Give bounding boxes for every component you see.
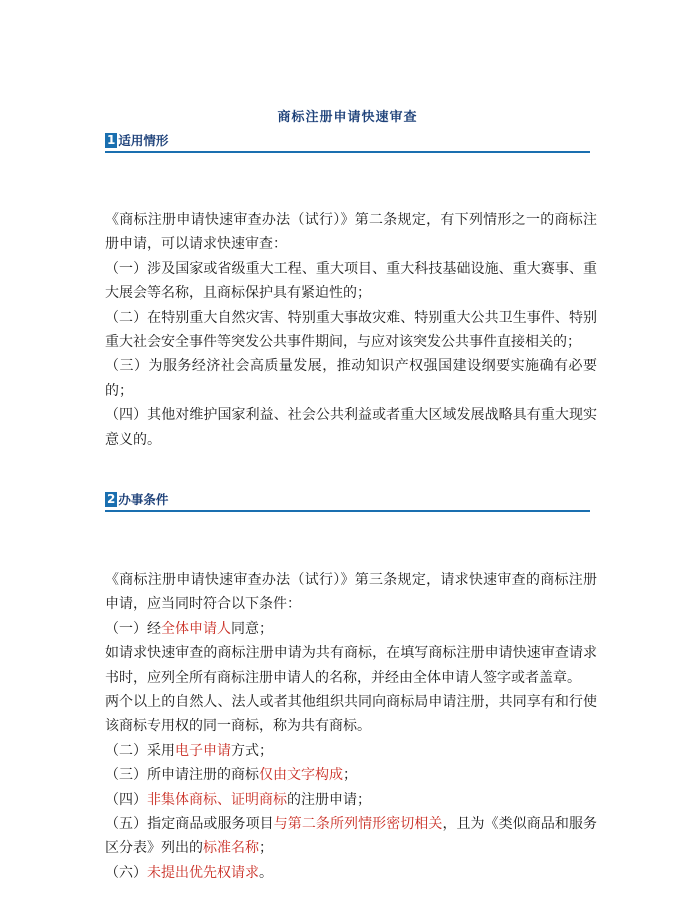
section-number-badge: 1 — [105, 133, 117, 148]
paragraph: 如请求快速审查的商标注册申请为共有商标，在填写商标注册申请快速审查请求书时，应列… — [105, 641, 597, 690]
section-heading-label: 办事条件 — [118, 492, 168, 507]
paragraph: （六）未提出优先权请求。 — [105, 861, 597, 885]
text: （二）采用 — [105, 743, 175, 759]
section-body-applicable-situations: 《商标注册申请快速审查办法（试行）》第二条规定，有下列情形之一的商标注册申请，可… — [105, 208, 597, 452]
paragraph: （一）经全体申请人同意； — [105, 617, 597, 641]
highlighted-text: 全体申请人 — [161, 621, 231, 637]
paragraph: （二）在特别重大自然灾害、特别重大事故灾难、特别重大公共卫生事件、特别重大社会安… — [105, 306, 597, 355]
paragraph: 《商标注册申请快速审查办法（试行）》第三条规定，请求快速审查的商标注册申请，应当… — [105, 568, 597, 617]
text: 同意； — [231, 621, 273, 637]
text: 方式； — [231, 743, 273, 759]
text: （三）为服务经济社会高质量发展，推动知识产权强国建设纲要实施确有必要的； — [105, 358, 597, 398]
paragraph: （四）非集体商标、证明商标的注册申请； — [105, 788, 597, 812]
text: （四） — [105, 792, 147, 808]
highlighted-text: 非集体商标、证明商标 — [147, 792, 287, 808]
section-heading-applicable-situations: 1适用情形 — [105, 133, 590, 153]
section-heading-conditions: 2办事条件 — [105, 492, 590, 512]
text: 《商标注册申请快速审查办法（试行）》第二条规定，有下列情形之一的商标注册申请，可… — [105, 212, 597, 252]
text: 。 — [259, 865, 273, 881]
text: （五）指定商品或服务项目 — [105, 816, 274, 832]
text: （三）所申请注册的商标 — [105, 767, 259, 783]
highlighted-text: 未提出优先权请求 — [147, 865, 259, 881]
text: （一）涉及国家或省级重大工程、重大项目、重大科技基础设施、重大赛事、重大展会等名… — [105, 261, 597, 301]
highlighted-text: 仅由文字构成 — [259, 767, 343, 783]
text: 如请求快速审查的商标注册申请为共有商标，在填写商标注册申请快速审查请求书时，应列… — [105, 645, 597, 685]
text: （六） — [105, 865, 147, 881]
paragraph: （一）涉及国家或省级重大工程、重大项目、重大科技基础设施、重大赛事、重大展会等名… — [105, 257, 597, 306]
text: ； — [259, 840, 273, 856]
paragraph: （二）采用电子申请方式； — [105, 739, 597, 763]
paragraph: （五）指定商品或服务项目与第二条所列情形密切相关，且为《类似商品和服务区分表》列… — [105, 812, 597, 861]
highlighted-text: 电子申请 — [175, 743, 231, 759]
document-title: 商标注册申请快速审查 — [0, 106, 695, 125]
text: （二）在特别重大自然灾害、特别重大事故灾难、特别重大公共卫生事件、特别重大社会安… — [105, 310, 597, 350]
section-body-conditions: 《商标注册申请快速审查办法（试行）》第三条规定，请求快速审查的商标注册申请，应当… — [105, 568, 597, 885]
text: 《商标注册申请快速审查办法（试行）》第三条规定，请求快速审查的商标注册申请，应当… — [105, 572, 597, 612]
paragraph: 《商标注册申请快速审查办法（试行）》第二条规定，有下列情形之一的商标注册申请，可… — [105, 208, 597, 257]
text: 两个以上的自然人、法人或者其他组织共同向商标局申请注册，共同享有和行使该商标专用… — [105, 694, 597, 734]
paragraph: （三）所申请注册的商标仅由文字构成； — [105, 763, 597, 787]
section-number-badge: 2 — [105, 492, 117, 507]
highlighted-text: 与第二条所列情形密切相关 — [274, 816, 443, 832]
paragraph: （四）其他对维护国家利益、社会公共利益或者重大区域发展战略具有重大现实意义的。 — [105, 403, 597, 452]
paragraph: 两个以上的自然人、法人或者其他组织共同向商标局申请注册，共同享有和行使该商标专用… — [105, 690, 597, 739]
highlighted-text: 标准名称 — [203, 840, 259, 856]
section-heading-label: 适用情形 — [118, 133, 168, 148]
text: 的注册申请； — [287, 792, 371, 808]
paragraph: （三）为服务经济社会高质量发展，推动知识产权强国建设纲要实施确有必要的； — [105, 354, 597, 403]
text: ； — [343, 767, 357, 783]
text: （一）经 — [105, 621, 161, 637]
text: （四）其他对维护国家利益、社会公共利益或者重大区域发展战略具有重大现实意义的。 — [105, 407, 597, 447]
